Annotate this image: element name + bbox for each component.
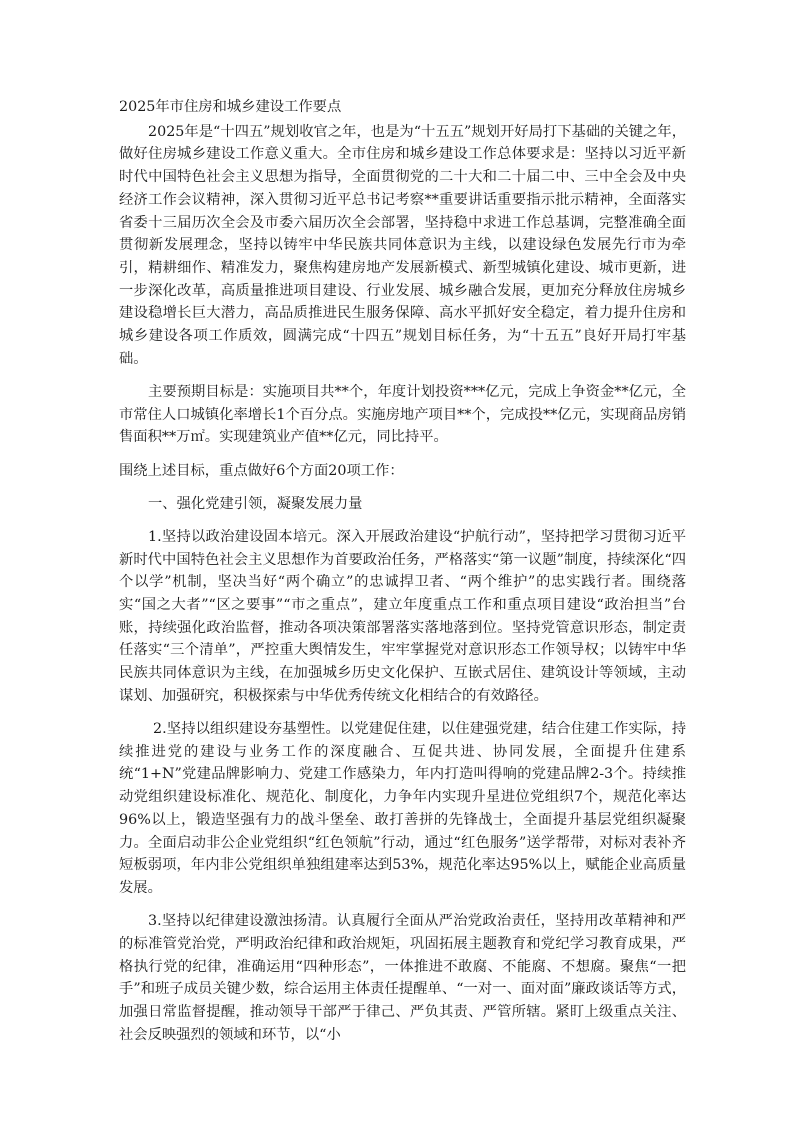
intro-paragraph: 2025年是“十四五”规划收官之年，也是为“十五五”规划开好局打下基础的关键之年… bbox=[119, 121, 686, 371]
work-item-3: 3.坚持以纪律建设激浊扬清。认真履行全面从严治党政治责任，坚持用改革精神和严的标… bbox=[119, 910, 686, 1046]
document-title: 2025年市住房和城乡建设工作要点 bbox=[119, 96, 686, 119]
section-heading: 一、强化党建引领，凝聚发展力量 bbox=[119, 493, 686, 516]
overview-paragraph: 围绕上述目标，重点做好6个方面20项工作： bbox=[119, 460, 686, 483]
work-item-2: 2.坚持以组织建设夯基塑性。以党建促住建，以住建强党建，结合住建工作实际，持续推… bbox=[119, 718, 686, 900]
targets-paragraph: 主要预期目标是：实施项目共**个，年度计划投资***亿元，完成上争资金**亿元，… bbox=[119, 381, 686, 449]
document-page: 2025年市住房和城乡建设工作要点 2025年是“十四五”规划收官之年，也是为“… bbox=[119, 96, 686, 1057]
work-item-1: 1.坚持以政治建设固本培元。深入开展政治建设“护航行动”，坚持把学习贯彻习近平新… bbox=[119, 526, 686, 708]
